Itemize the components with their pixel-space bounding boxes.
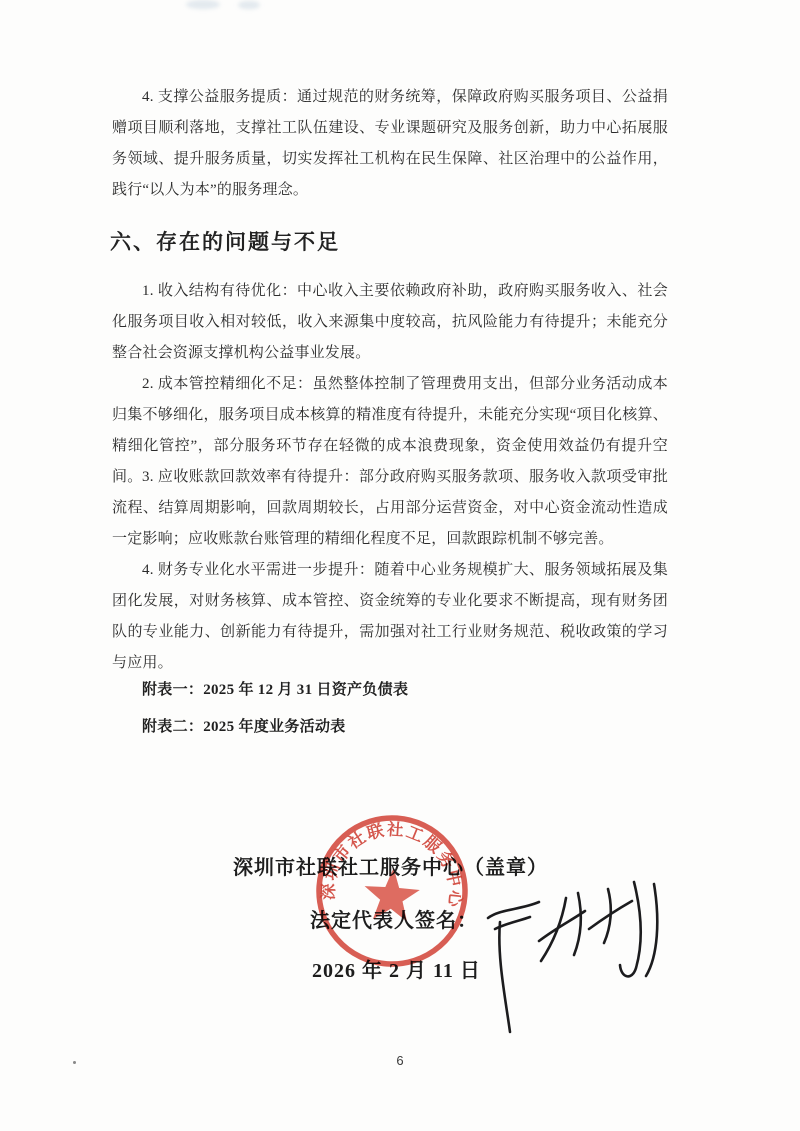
attachment-line-2: 附表二：2025 年度业务活动表 xyxy=(142,712,662,743)
scan-speck xyxy=(73,1061,76,1064)
scanned-report-page: 4. 支撑公益服务提质：通过规范的财务统筹，保障政府购买服务项目、公益捐赠项目顺… xyxy=(0,0,800,1131)
paragraph-issue-4: 4. 财务专业化水平需进一步提升：随着中心业务规模扩大、服务领域拓展及集团化发展… xyxy=(112,555,668,679)
page-number: 6 xyxy=(0,1053,800,1068)
paragraph-issue-1: 1. 收入结构有待优化：中心收入主要依赖政府补助，政府购买服务收入、社会化服务项… xyxy=(112,276,668,369)
star-icon xyxy=(362,866,421,922)
scan-smudge xyxy=(186,0,220,9)
paragraph-intro-item4: 4. 支撑公益服务提质：通过规范的财务统筹，保障政府购买服务项目、公益捐赠项目顺… xyxy=(112,82,668,206)
attachment-line-1: 附表一：2025 年 12 月 31 日资产负债表 xyxy=(142,675,662,706)
scan-smudge xyxy=(238,1,260,9)
legal-representative-signature xyxy=(478,876,670,1044)
section-heading: 六、存在的问题与不足 xyxy=(110,226,340,256)
paragraph-issue-3: 3. 应收账款回款效率有待提升：部分政府购买服务款项、服务收入款项受审批流程、结… xyxy=(112,462,668,555)
official-seal-stamp-icon: 深圳市社联社工服务中心 xyxy=(301,800,482,981)
